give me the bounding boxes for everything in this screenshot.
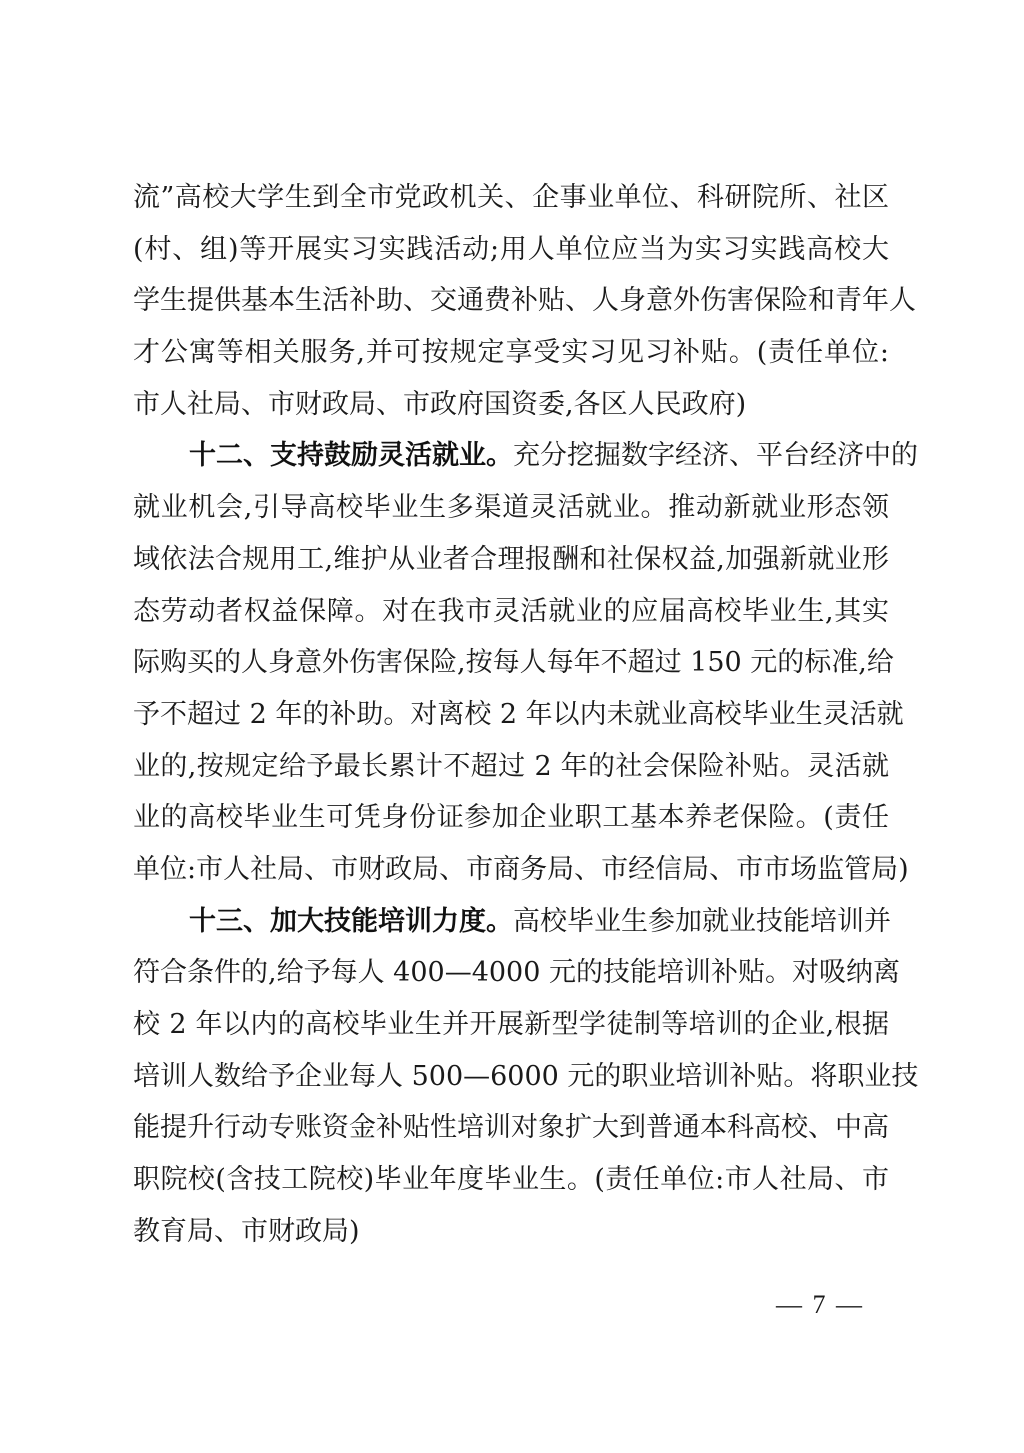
paragraph-line: 域依法合规用工,维护从业者合理报酬和社保权益,加强新就业形 xyxy=(133,540,889,592)
paragraph-line: 际购买的人身意外伤害保险,按每人每年不超过 150 元的标准,给 xyxy=(133,643,889,695)
paragraph-line: 能提升行动专账资金补贴性培训对象扩大到普通本科高校、中高 xyxy=(133,1108,889,1160)
paragraph-line: 教育局、市财政局) xyxy=(133,1212,889,1264)
section-12-heading: 十二、支持鼓励灵活就业。 xyxy=(189,440,513,471)
paragraph-line: 业的,按规定给予最长累计不超过 2 年的社会保险补贴。灵活就 xyxy=(133,747,889,799)
document-body: 流”高校大学生到全市党政机关、企事业单位、科研院所、社区 (村、组)等开展实习实… xyxy=(133,178,889,1263)
paragraph-line: 单位:市人社局、市财政局、市商务局、市经信局、市市场监管局) xyxy=(133,850,889,902)
paragraph-line: 才公寓等相关服务,并可按规定享受实习见习补贴。(责任单位: xyxy=(133,333,889,385)
paragraph-line: 培训人数给予企业每人 500—6000 元的职业培训补贴。将职业技 xyxy=(133,1057,889,1109)
section-13-first-line: 十三、加大技能培训力度。高校毕业生参加就业技能培训并 xyxy=(133,902,889,954)
page-number: — 7 — xyxy=(770,1290,870,1320)
paragraph-line: 予不超过 2 年的补助。对离校 2 年以内未就业高校毕业生灵活就 xyxy=(133,695,889,747)
paragraph-line: 流”高校大学生到全市党政机关、企事业单位、科研院所、社区 xyxy=(133,178,889,230)
paragraph-line: 业的高校毕业生可凭身份证参加企业职工基本养老保险。(责任 xyxy=(133,798,889,850)
paragraph-line: 职院校(含技工院校)毕业年度毕业生。(责任单位:市人社局、市 xyxy=(133,1160,889,1212)
paragraph-line: 就业机会,引导高校毕业生多渠道灵活就业。推动新就业形态领 xyxy=(133,488,889,540)
paragraph-line: 校 2 年以内的高校毕业生并开展新型学徒制等培训的企业,根据 xyxy=(133,1005,889,1057)
paragraph-line: 市人社局、市财政局、市政府国资委,各区人民政府) xyxy=(133,385,889,437)
section-13-text: 高校毕业生参加就业技能培训并 xyxy=(513,906,891,937)
paragraph-line: 学生提供基本生活补助、交通费补贴、人身意外伤害保险和青年人 xyxy=(133,281,889,333)
section-13-heading: 十三、加大技能培训力度。 xyxy=(189,906,513,937)
paragraph-line: 符合条件的,给予每人 400—4000 元的技能培训补贴。对吸纳离 xyxy=(133,953,889,1005)
section-12-text: 充分挖掘数字经济、平台经济中的 xyxy=(513,440,918,471)
section-12-first-line: 十二、支持鼓励灵活就业。充分挖掘数字经济、平台经济中的 xyxy=(133,436,889,488)
paragraph-line: 态劳动者权益保障。对在我市灵活就业的应届高校毕业生,其实 xyxy=(133,592,889,644)
paragraph-line: (村、组)等开展实习实践活动;用人单位应当为实习实践高校大 xyxy=(133,230,889,282)
